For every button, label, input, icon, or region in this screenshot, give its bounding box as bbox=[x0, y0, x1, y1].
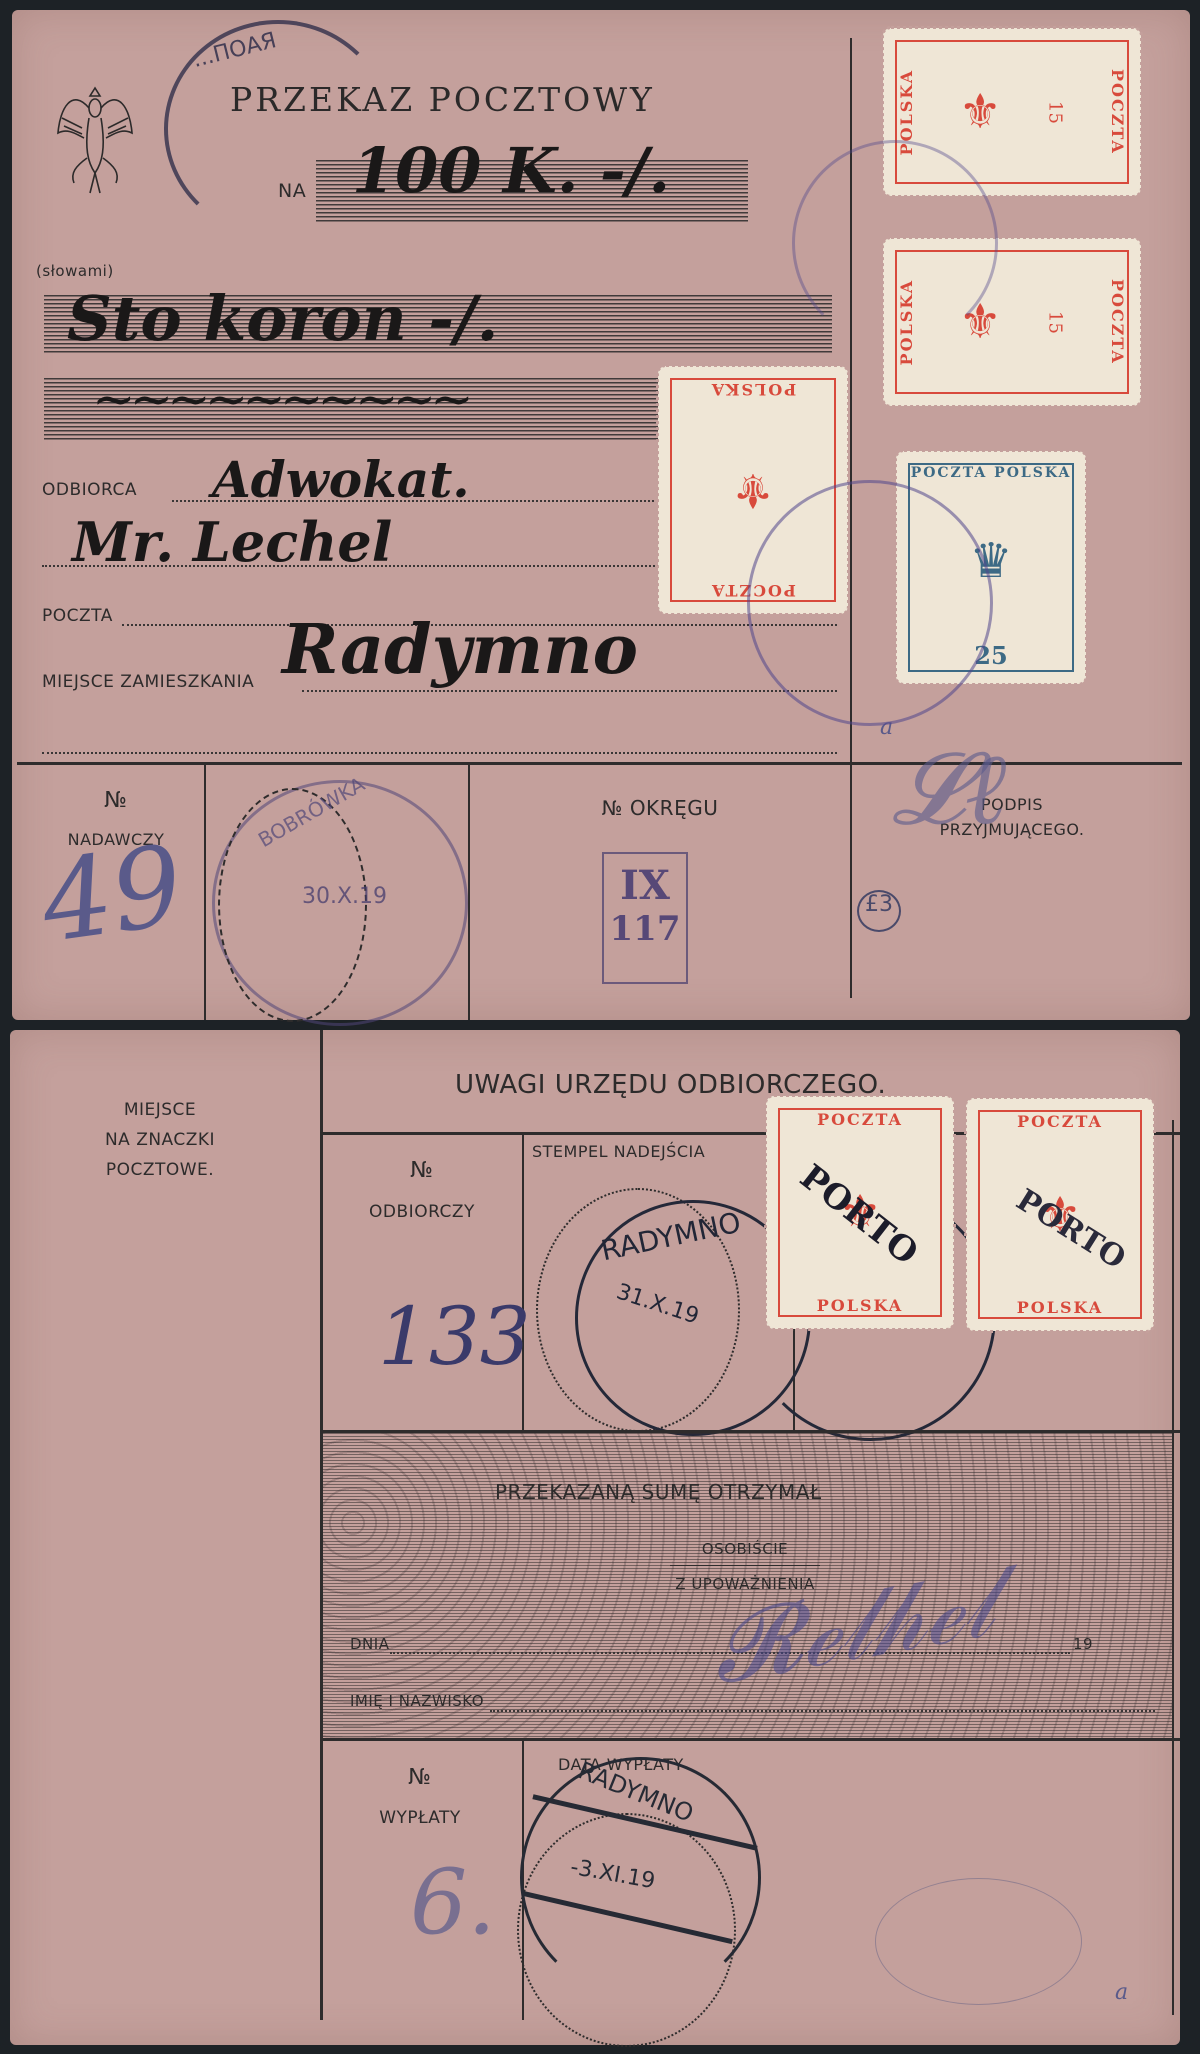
remarks-title: UWAGI URZĘDU ODBIORCZEGO. bbox=[455, 1070, 886, 1100]
words-label: (słowami) bbox=[36, 262, 114, 280]
year-prefix: 19 bbox=[1073, 1635, 1093, 1653]
residence-label: MIEJSCE ZAMIESZKANIA bbox=[42, 672, 254, 692]
received-title: PRZEKAZANĄ SUMĘ OTRZYMAŁ bbox=[495, 1480, 822, 1504]
signature-mark: £3 bbox=[857, 890, 901, 932]
payment-no-symbol: № bbox=[408, 1765, 431, 1790]
blank-line bbox=[42, 752, 837, 754]
recipient-label: ODBIORCA bbox=[42, 480, 137, 500]
sender-postmark-date: 30.X.19 bbox=[302, 884, 387, 909]
stamp-place-label-2: NA ZNACZKI bbox=[105, 1130, 215, 1150]
stamp-cancel-postmark-2 bbox=[792, 140, 998, 346]
payment-no-label: WYPŁATY bbox=[379, 1808, 461, 1828]
day-label: DNIA bbox=[350, 1635, 389, 1653]
cell-divider-2 bbox=[468, 765, 470, 1020]
district-label: № OKRĘGU bbox=[602, 796, 719, 820]
form-title: PRZEKAZ POCZTOWY bbox=[230, 80, 655, 119]
stamp-cancel-postmark bbox=[747, 480, 993, 726]
signature-field[interactable]: 𝓛ℓ bbox=[892, 730, 1006, 848]
horizontal-divider bbox=[17, 762, 1182, 765]
eagle-icon: ⚜ bbox=[731, 466, 774, 514]
words-fill-scribble: ~~~~~~~~~~ bbox=[92, 370, 468, 430]
personally-option[interactable]: OSOBIŚCIE bbox=[702, 1540, 788, 1558]
porto-stamp-1: POCZTA ⚜ POLSKA PORTO bbox=[770, 1100, 950, 1325]
receiver-cell-divider bbox=[522, 1132, 524, 1432]
arrival-stamp-label: STEMPEL NADEJŚCIA bbox=[532, 1142, 705, 1161]
words-field[interactable]: Sto koron -/. bbox=[67, 282, 498, 355]
name-label: IMIĘ I NAZWISKO bbox=[350, 1692, 484, 1710]
district-value-2: 117 bbox=[604, 909, 686, 949]
received-bottom-divider bbox=[320, 1738, 1180, 1741]
name-line bbox=[490, 1710, 1155, 1712]
receiver-no-label: ODBIORCZY bbox=[369, 1202, 475, 1222]
porto-stamp-2: POCZTA ⚜ POLSKA PORTO bbox=[970, 1102, 1150, 1327]
residence-line bbox=[302, 690, 837, 692]
stamp-place-label-3: POCZTOWE. bbox=[106, 1160, 214, 1180]
amount-field[interactable]: 100 K. -/. bbox=[352, 134, 670, 207]
amount-label: NA bbox=[278, 180, 306, 202]
sender-no-symbol: № bbox=[104, 788, 127, 813]
recipient-field-2[interactable]: Mr. Lechel bbox=[72, 510, 392, 574]
payment-no-field[interactable]: 6. bbox=[410, 1850, 496, 1955]
corner-note: a bbox=[1115, 1980, 1128, 2005]
post-office-label: POCZTA bbox=[42, 606, 113, 626]
recipient-field-1[interactable]: Adwokat. bbox=[212, 450, 470, 509]
polish-eagle-icon bbox=[54, 78, 136, 198]
district-box: IX 117 bbox=[602, 852, 688, 984]
residence-field[interactable]: Radymno bbox=[282, 610, 638, 690]
receiver-no-symbol: № bbox=[410, 1158, 433, 1183]
stamp-place-label-1: MIEJSCE bbox=[124, 1100, 196, 1120]
right-border bbox=[1172, 1120, 1174, 2015]
sender-no-field[interactable]: 49 bbox=[34, 821, 190, 967]
receiver-no-field[interactable]: 133 bbox=[378, 1290, 531, 1383]
option-divider bbox=[670, 1565, 820, 1566]
district-value-1: IX bbox=[604, 862, 686, 909]
cell-divider-1 bbox=[204, 765, 206, 1020]
eagle-icon: ⚜ bbox=[959, 88, 1002, 136]
pencil-oval bbox=[875, 1878, 1082, 2005]
money-order-back: MIEJSCE NA ZNACZKI POCZTOWE. UWAGI URZĘD… bbox=[10, 1030, 1180, 2045]
money-order-front: ...ПОАЯ PRZEKAZ POCZTOWY NA 100 K. -/. (… bbox=[12, 10, 1190, 1020]
